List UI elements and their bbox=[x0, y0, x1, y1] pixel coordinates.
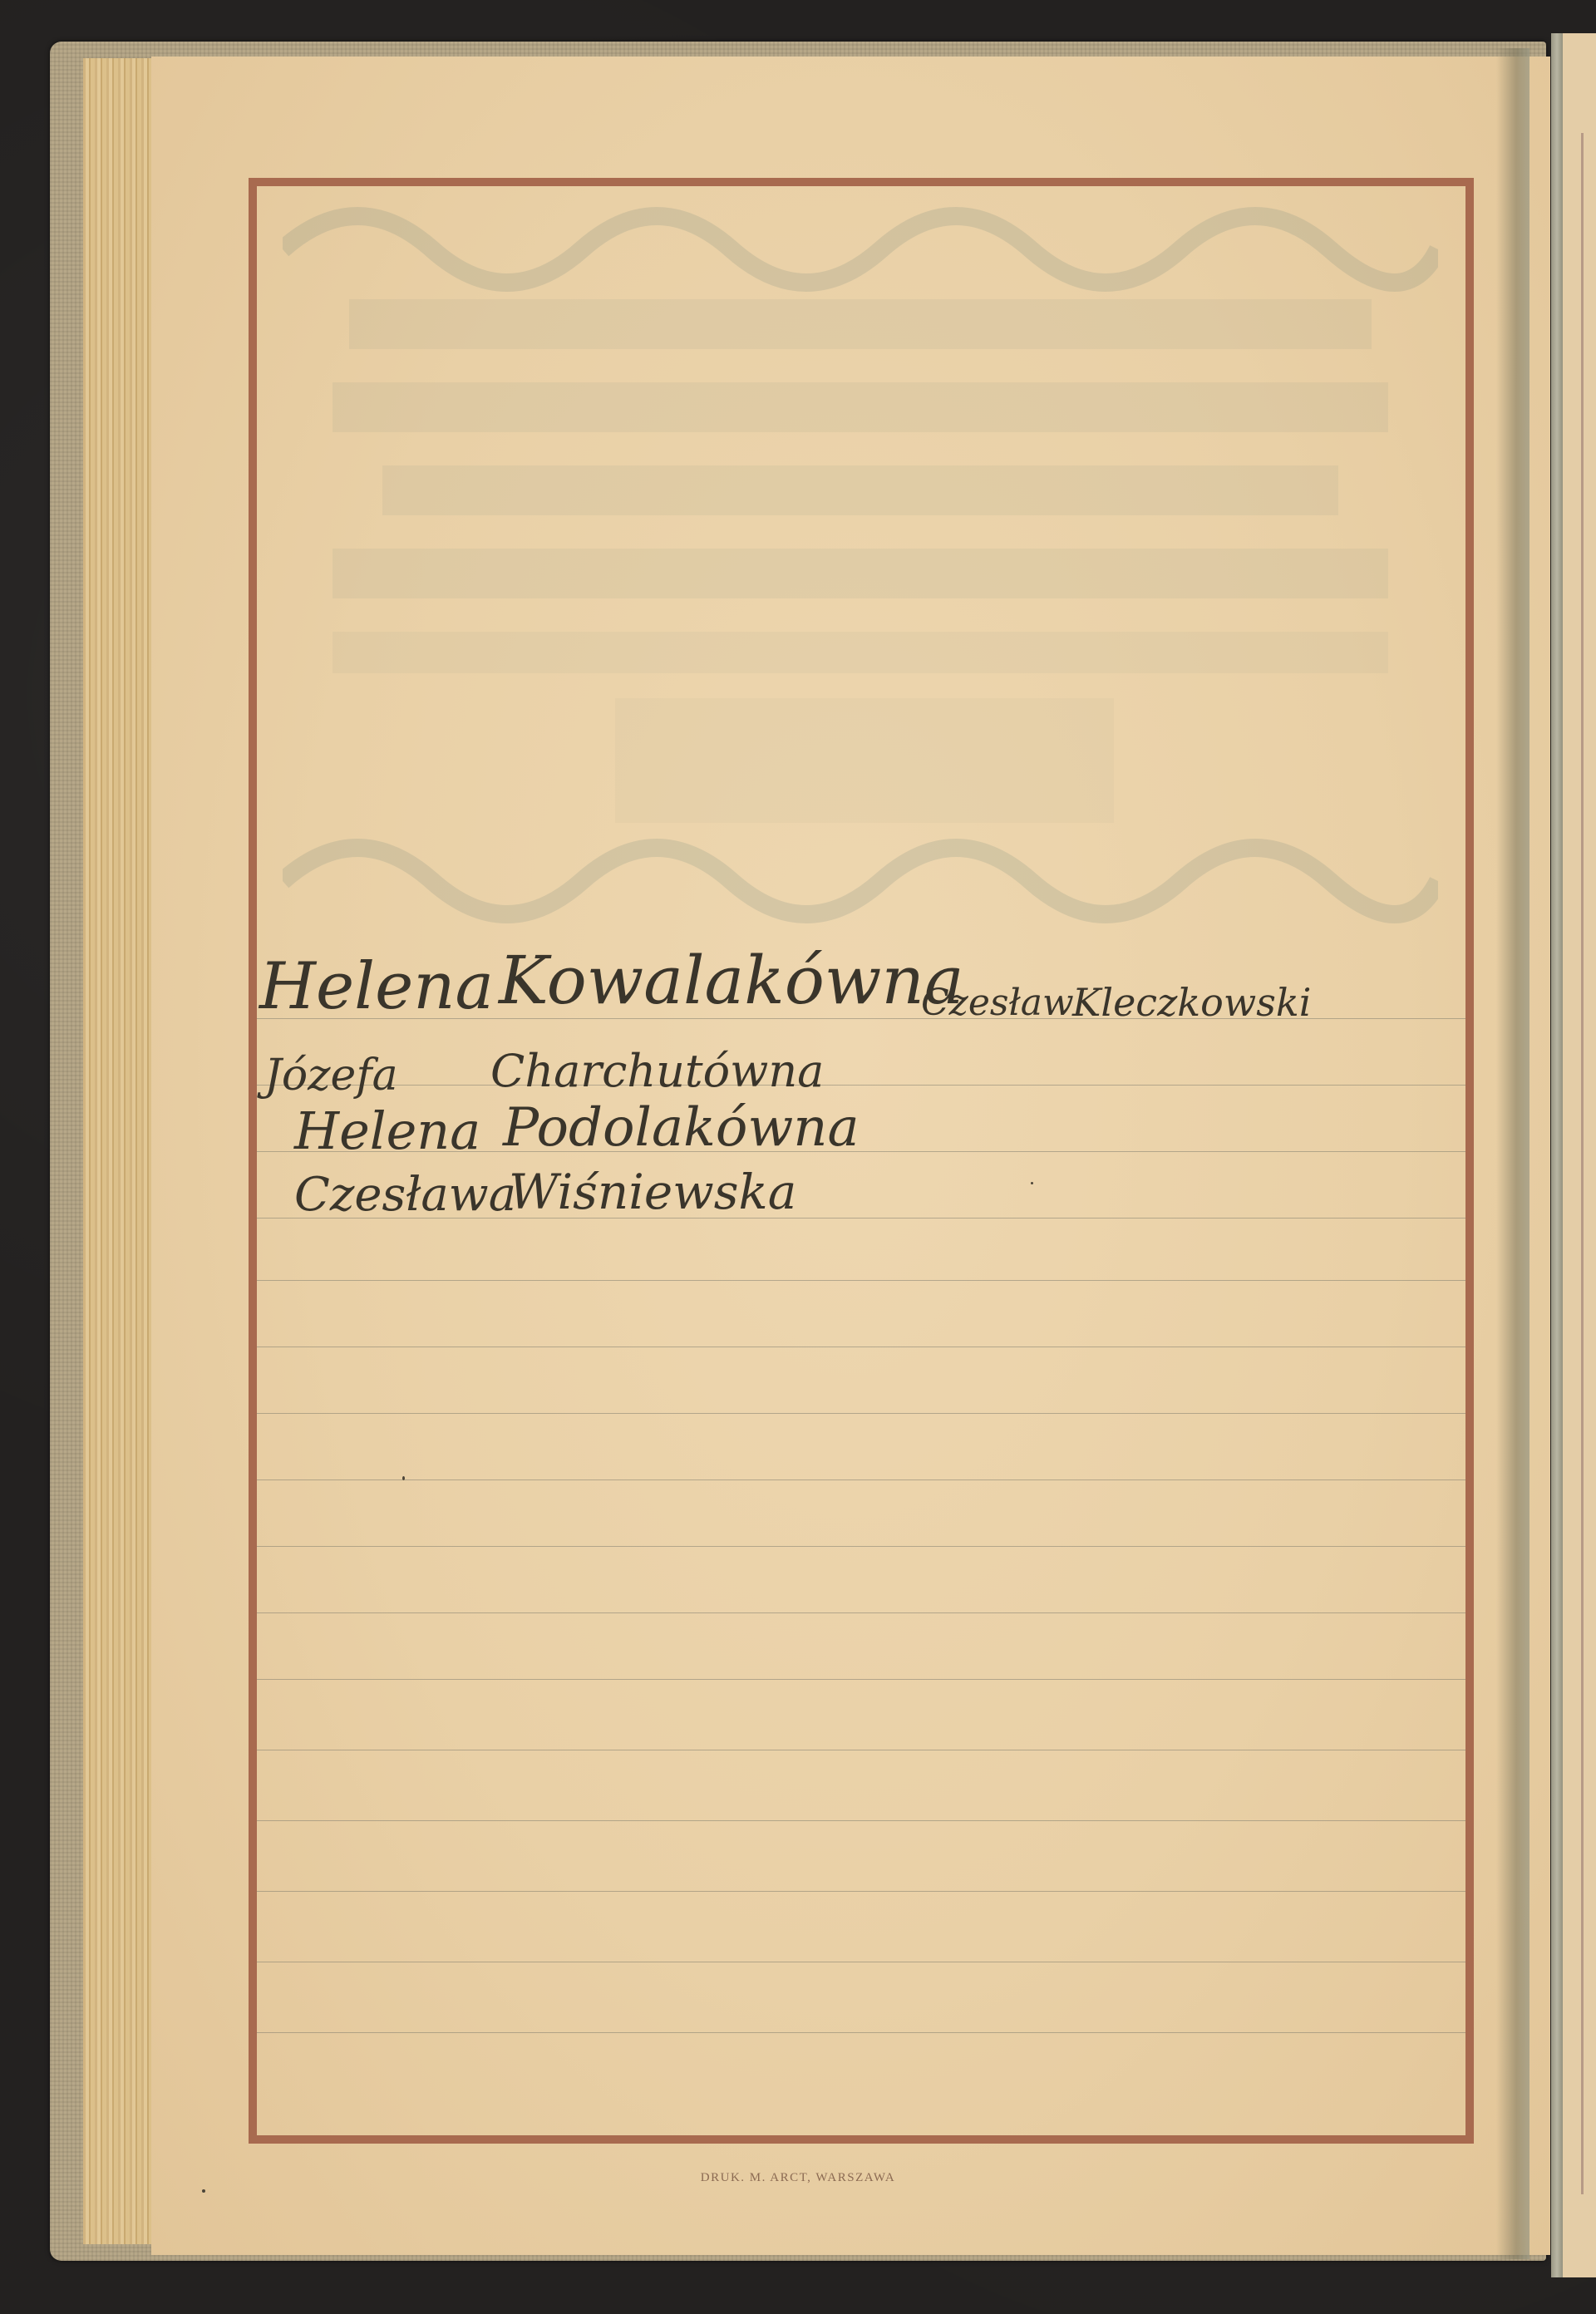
entry-first-name: Czesława bbox=[294, 1172, 516, 1219]
entry-first-name: Józefa bbox=[264, 1054, 398, 1097]
entry-last-name: Kowalakówna bbox=[499, 948, 964, 1014]
page-block-edge bbox=[83, 58, 152, 2244]
entry-first-name: Helena bbox=[259, 954, 494, 1019]
ruled-line bbox=[257, 1962, 1465, 1962]
binding-strip bbox=[1551, 33, 1563, 2277]
entry-first-name: Helena bbox=[294, 1105, 480, 1157]
facing-page-frame bbox=[1581, 133, 1596, 2194]
printer-imprint: DRUK. M. ARCT, WARSZAWA bbox=[0, 2171, 1596, 2185]
ruled-line bbox=[257, 1750, 1465, 1750]
ink-speck bbox=[202, 2189, 205, 2193]
ruled-line bbox=[257, 1280, 1465, 1281]
entry-last-name: Charchutówna bbox=[490, 1049, 824, 1094]
entry-last-name: Kleczkowski bbox=[1072, 983, 1311, 1022]
ruled-line bbox=[257, 1891, 1465, 1892]
ruled-line bbox=[257, 1347, 1465, 1347]
ruled-line bbox=[257, 1679, 1465, 1680]
ruled-line bbox=[257, 1612, 1465, 1613]
ruled-line bbox=[257, 1546, 1465, 1547]
ruled-line bbox=[257, 2032, 1465, 2033]
ruled-line bbox=[257, 1820, 1465, 1821]
entry-last-name: Wiśniewska bbox=[509, 1168, 796, 1216]
ruled-line bbox=[257, 1413, 1465, 1414]
ruled-line bbox=[257, 1085, 1465, 1086]
entry-first-name: Czesław bbox=[921, 985, 1074, 1022]
ruled-line bbox=[257, 1479, 1465, 1480]
facing-page-edge bbox=[1563, 33, 1596, 2277]
entry-last-name: Podolakówna bbox=[503, 1101, 860, 1155]
gutter-shadow bbox=[1496, 48, 1529, 2259]
ink-speck bbox=[402, 1476, 405, 1480]
ink-speck bbox=[1031, 1182, 1033, 1184]
